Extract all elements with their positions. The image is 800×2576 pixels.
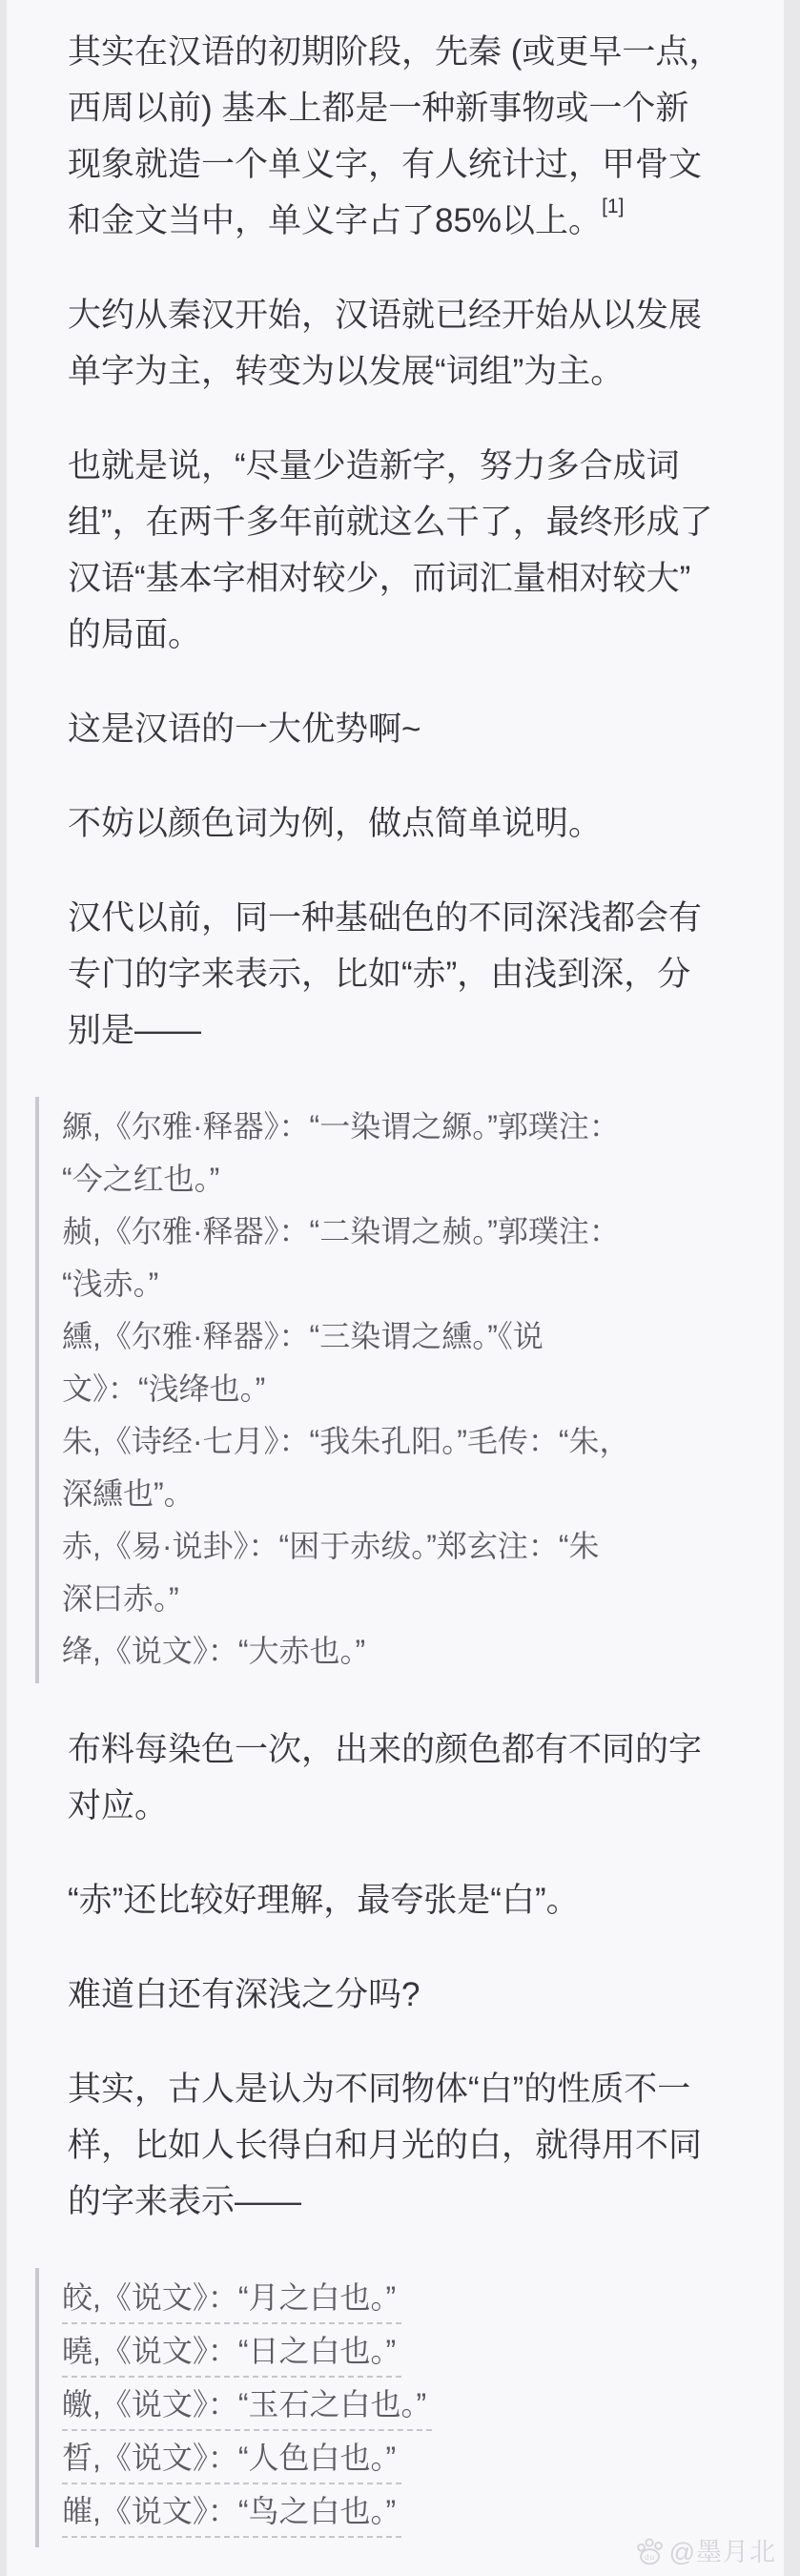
blockquote-red-terms: 縓,《尔雅·释器》：“一染谓之縓。”郭璞注： “今之红也。” 赪,《尔雅·释器》… [35, 1097, 772, 1683]
watermark-handle: @墨月北 [669, 2531, 776, 2568]
paragraph: 其实在汉语的初期阶段，先秦 (或更早一点， 西周以前) 基本上都是一种新事物或一… [68, 24, 772, 249]
article: 其实在汉语的初期阶段，先秦 (或更早一点， 西周以前) 基本上都是一种新事物或一… [7, 0, 784, 2576]
quote-line: 皎,《说文》：“月之白也。” [62, 2276, 401, 2324]
baidu-paw-icon: du [634, 2534, 667, 2566]
quote-line: 皦,《说文》：“玉石之白也。” [62, 2382, 432, 2431]
paragraph: “赤”还比较好理解，最夸张是“白”。 [68, 1872, 772, 1928]
quote-line: 皠,《说文》：“鸟之白也。” [62, 2489, 401, 2538]
paragraph: 汉代以前，同一种基础色的不同深浅都会有 专门的字来表示，比如“赤”，由浅到深，分… [68, 890, 772, 1059]
paragraph: 难道白还有深浅之分吗? [68, 1967, 772, 2023]
quote-line: 曉,《说文》：“日之白也。” [62, 2329, 401, 2378]
paragraph: 也就是说，“尽量少造新字，努力多合成词 组”，在两千多年前就这么干了，最终形成了… [68, 438, 772, 663]
paragraph: 不妨以颜色词为例，做点简单说明。 [68, 795, 772, 852]
paragraph: 其实，古人是认为不同物体“白”的性质不一 样，比如人长得白和月光的白，就得用不同… [68, 2061, 772, 2230]
blockquote-white-terms: 皎,《说文》：“月之白也。” 曉,《说文》：“日之白也。” 皦,《说文》：“玉石… [35, 2268, 772, 2547]
paragraph-text: 其实在汉语的初期阶段，先秦 (或更早一点， 西周以前) 基本上都是一种新事物或一… [68, 33, 722, 239]
citation-ref[interactable]: [1] [602, 196, 624, 217]
paragraph: 大约从秦汉开始，汉语就已经开始从以发展 单字为主，转变为以发展“词组”为主。 [68, 287, 772, 400]
watermark: du @墨月北 [634, 2531, 776, 2568]
quote-line: 晳,《说文》：“人色白也。” [62, 2436, 401, 2484]
page-background: 其实在汉语的初期阶段，先秦 (或更早一点， 西周以前) 基本上都是一种新事物或一… [0, 0, 800, 2576]
paragraph: 这是汉语的一大优势啊~ [68, 701, 772, 757]
svg-text:du: du [644, 2551, 654, 2561]
paragraph: 布料每染色一次，出来的颜色都有不同的字 对应。 [68, 1721, 772, 1834]
